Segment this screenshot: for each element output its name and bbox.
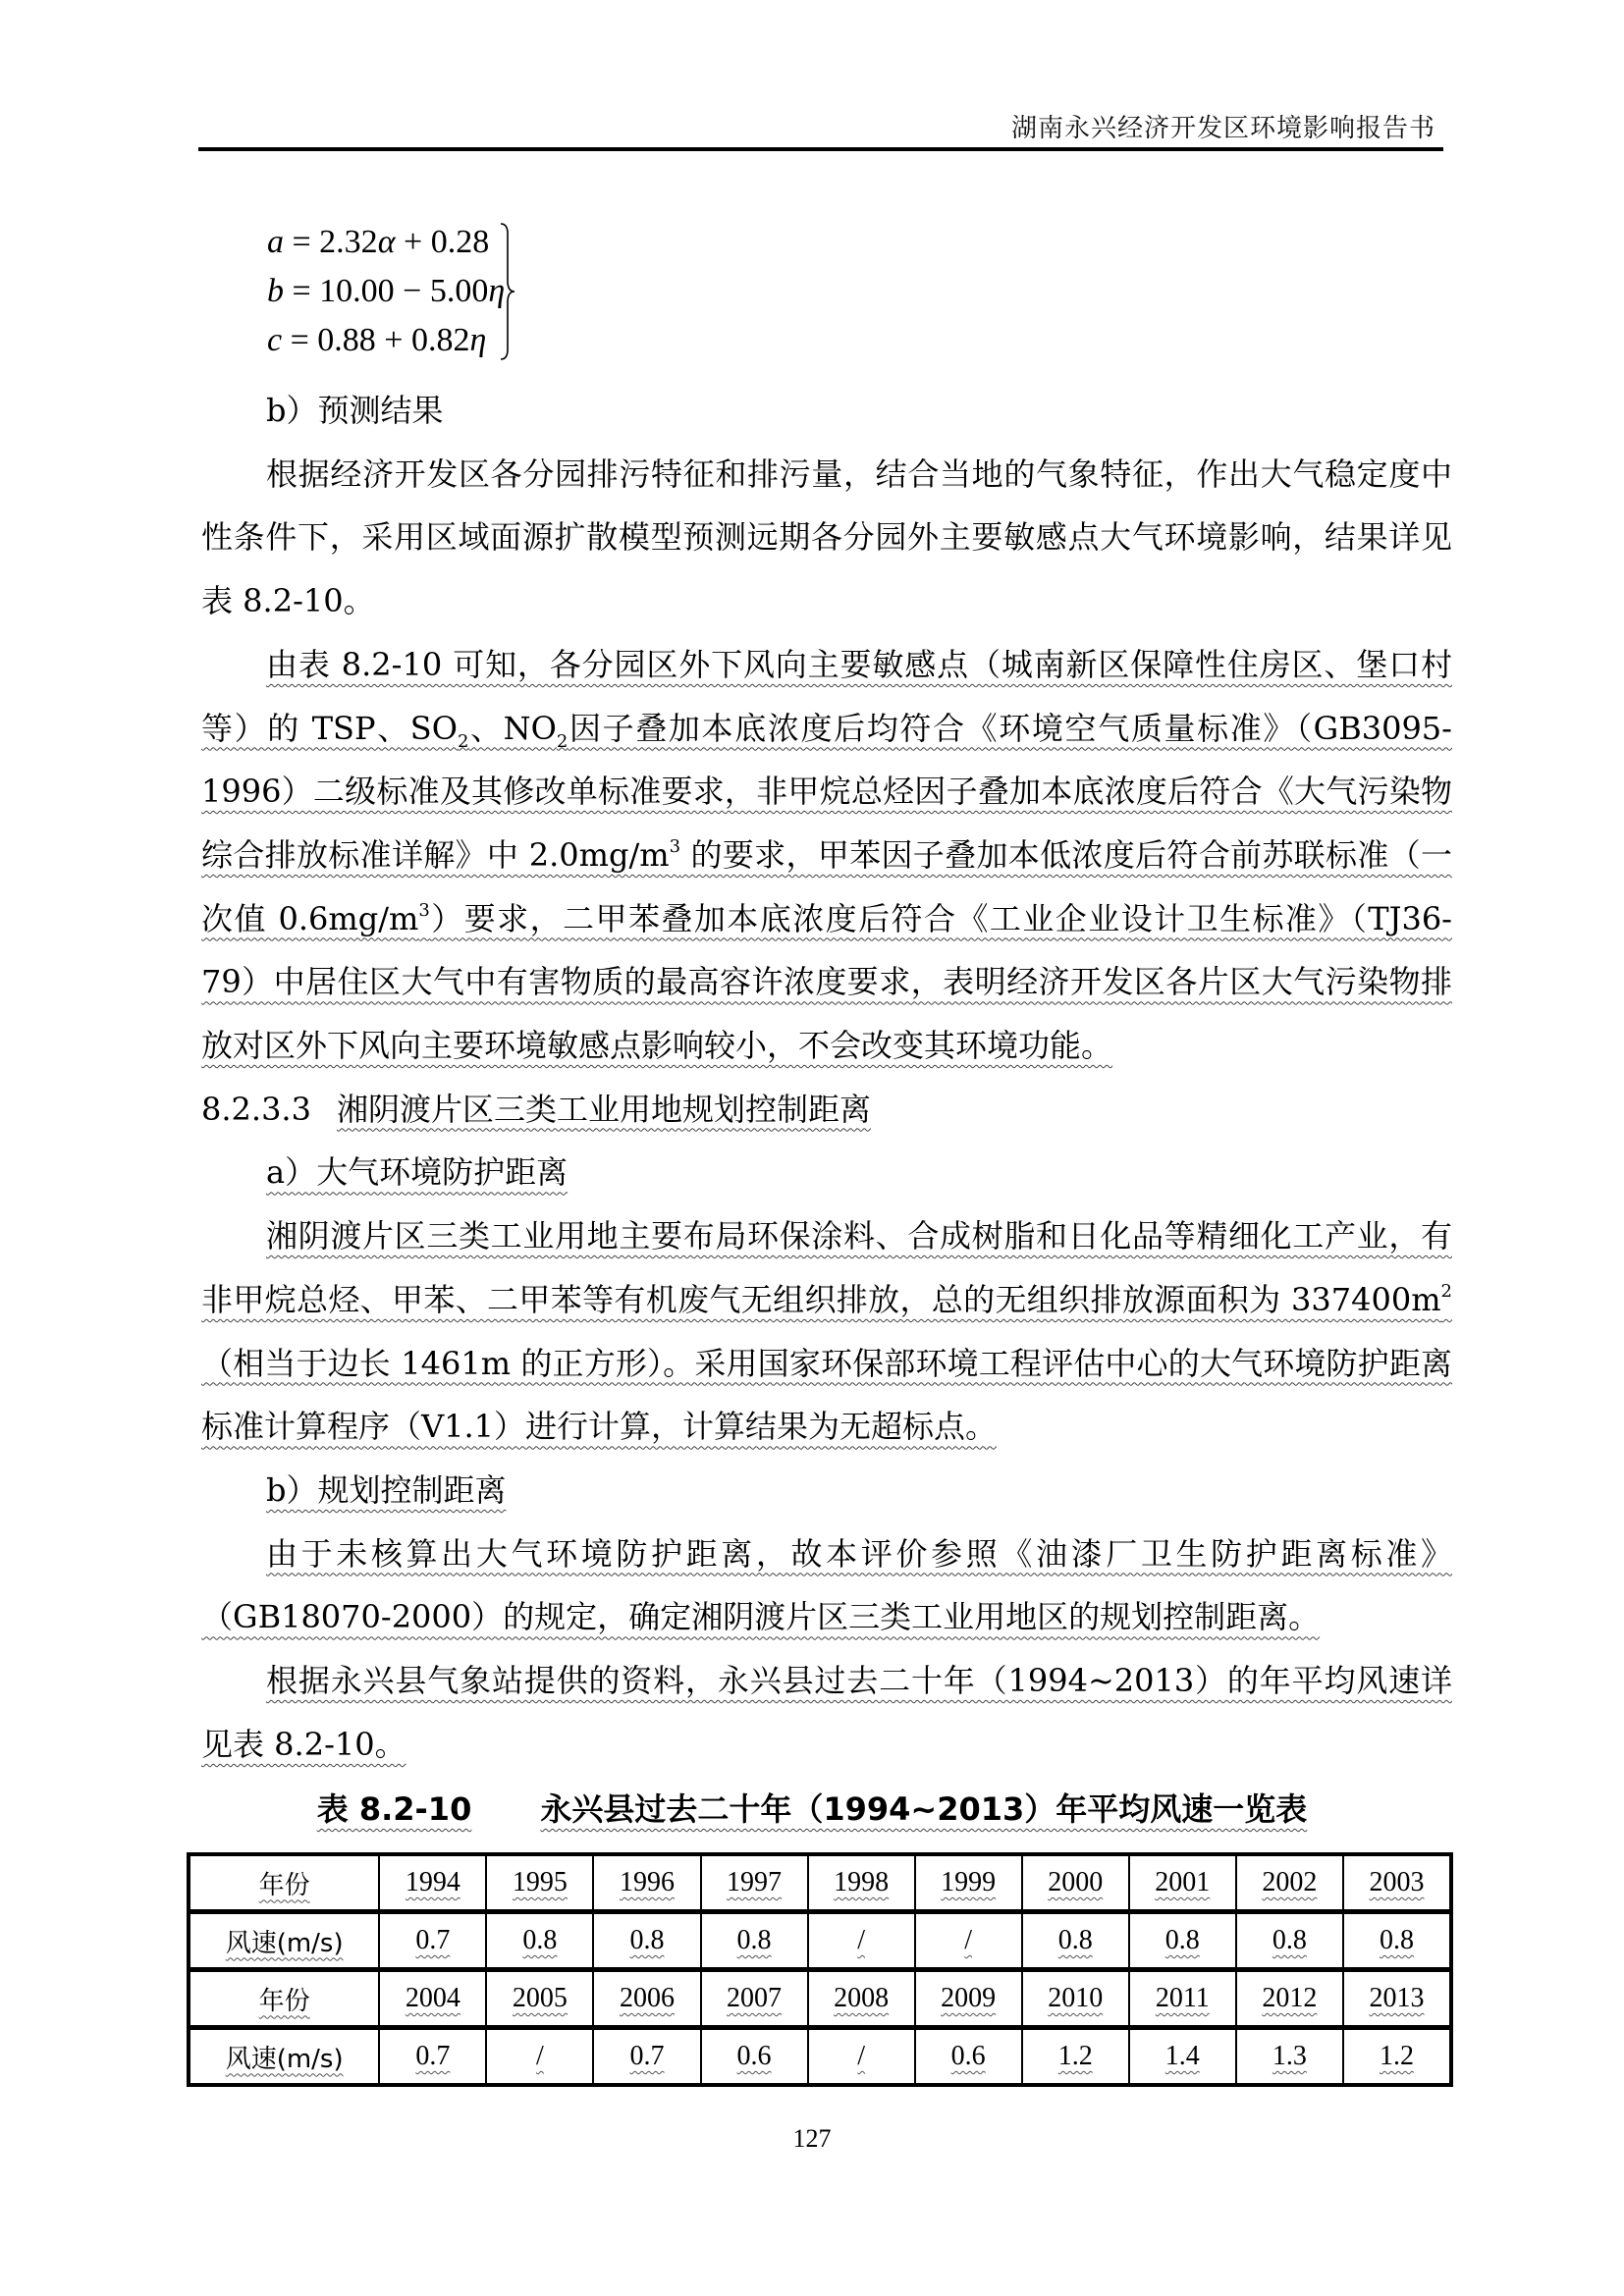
cell-text: 2011 (1156, 1983, 1210, 2013)
section-title: 湘阴渡片区三类工业用地规划控制距离 (337, 1091, 871, 1128)
cell-text: 2006 (620, 1983, 675, 2013)
cell-text: 2005 (513, 1983, 568, 2013)
cell-text: 2000 (1048, 1867, 1103, 1897)
subscript: 2 (557, 731, 568, 752)
table-cell: 2011 (1129, 1970, 1236, 2028)
page-header-title: 湖南永兴经济开发区环境影响报告书 (1011, 108, 1435, 144)
table-cell: 1996 (593, 1854, 700, 1912)
formula-rhs: + 0.28 (396, 224, 490, 260)
table-cell: 0.6 (701, 2028, 808, 2086)
cell-text: 0.8 (1380, 1925, 1414, 1955)
table-cell: 0.7 (593, 2028, 700, 2086)
table-cell: 2004 (379, 1970, 486, 2028)
table-cell: 2008 (808, 1970, 915, 2028)
table-caption: 表 8.2-10永兴县过去二十年（1994~2013）年平均风速一览表 (0, 1785, 1624, 1830)
table-cell: 0.8 (1343, 1912, 1451, 1970)
formula-rhs: = 2.32 (284, 224, 378, 260)
table-cell: 1997 (701, 1854, 808, 1912)
table-cell: 1.3 (1236, 2028, 1343, 2086)
table-row: 年份 1994 1995 1996 1997 1998 1999 2000 20… (189, 1854, 1451, 1912)
table-cell: 0.7 (379, 2028, 486, 2086)
table-row-label: 风速(m/s) (189, 1912, 379, 1970)
table-cell: 2009 (915, 1970, 1022, 2028)
cell-text: 2003 (1369, 1867, 1424, 1897)
table-cell: 0.7 (379, 1912, 486, 1970)
text-run: （相当于边长 1461m 的正方形）。采用国家环保部环境工程评估中心的大气环境防… (201, 1345, 1452, 1446)
table-cell: 2007 (701, 1970, 808, 2028)
paragraph-paint-standard: 由于未核算出大气环境防护距离，故本评价参照《油漆厂卫生防护距离标准》（GB180… (201, 1522, 1452, 1649)
formula-var: c (267, 322, 282, 358)
cell-text: 0.7 (415, 2041, 450, 2071)
table-cell: 1999 (915, 1854, 1022, 1912)
formula-line-a: a = 2.32α + 0.28 (267, 218, 505, 267)
table-cell: 0.8 (1022, 1912, 1129, 1970)
text-run: 湘阴渡片区三类工业用地主要布局环保涂料、合成树脂和日化品等精细化工产业，有非甲烷… (201, 1217, 1452, 1318)
cell-text: 1.3 (1272, 2041, 1307, 2071)
cell-text: / (964, 1925, 972, 1955)
subheading-text: a）大气环境防护距离 (266, 1153, 568, 1191)
cell-text: 0.6 (951, 2041, 986, 2071)
text-run: 、NO (468, 710, 557, 747)
formula-line-b: b = 10.00 − 5.00η (267, 267, 505, 316)
formula-block: a = 2.32α + 0.28 b = 10.00 − 5.00η c = 0… (267, 218, 505, 365)
table-cell: 1.2 (1343, 2028, 1451, 2086)
table-cell: 1.4 (1129, 2028, 1236, 2086)
formula-rhs: = 10.00 − 5.00 (284, 273, 488, 309)
table-cell: 2001 (1129, 1854, 1236, 1912)
subheading-protection-distance: a）大气环境防护距离 (201, 1141, 1452, 1204)
paragraph-xiangyindu: 湘阴渡片区三类工业用地主要布局环保涂料、合成树脂和日化品等精细化工产业，有非甲烷… (201, 1204, 1452, 1459)
cell-text: 年份 (259, 1871, 310, 1900)
table-cell: 2013 (1343, 1970, 1451, 2028)
subheading-prediction-results: b）预测结果 (201, 379, 1452, 443)
table-cell: 2000 (1022, 1854, 1129, 1912)
table-row: 风速(m/s) 0.7 0.8 0.8 0.8 / / 0.8 0.8 0.8 … (189, 1912, 1451, 1970)
right-brace-icon (499, 222, 516, 361)
section-heading-8-2-3-3: 8.2.3.3湘阴渡片区三类工业用地规划控制距离 (201, 1078, 1452, 1142)
cell-text: 1.2 (1380, 2041, 1414, 2071)
cell-text: 2008 (834, 1983, 889, 2013)
subscript: 2 (458, 731, 468, 752)
formula-greek: α (378, 224, 396, 260)
cell-text: 风速(m/s) (226, 1929, 344, 1958)
paragraph-wind-speed: 根据永兴县气象站提供的资料，永兴县过去二十年（1994~2013）的年平均风速详… (201, 1649, 1452, 1776)
cell-text: 2007 (727, 1983, 782, 2013)
table-cell: 1998 (808, 1854, 915, 1912)
cell-text: 1998 (834, 1867, 889, 1897)
cell-text: 0.6 (737, 2041, 772, 2071)
table-caption-title: 永兴县过去二十年（1994~2013）年平均风速一览表 (540, 1790, 1307, 1828)
formula-rhs: = 0.88 + 0.82 (282, 322, 469, 358)
cell-text: 2010 (1048, 1983, 1103, 2013)
cell-text: 风速(m/s) (226, 2045, 344, 2074)
cell-text: 2012 (1262, 1983, 1317, 2013)
table-row-label: 年份 (189, 1854, 379, 1912)
cell-text: 2001 (1155, 1867, 1210, 1897)
cell-text: 0.7 (629, 2041, 664, 2071)
body-text: b）预测结果 根据经济开发区各分园排污特征和排污量，结合当地的气象特征，作出大气… (201, 379, 1452, 1776)
table-row: 年份 2004 2005 2006 2007 2008 2009 2010 20… (189, 1970, 1451, 2028)
cell-text: 1995 (513, 1867, 568, 1897)
page-header-rule (198, 147, 1443, 151)
table-cell: 0.8 (486, 1912, 593, 1970)
table-cell: / (808, 1912, 915, 1970)
cell-text: 0.8 (1272, 1925, 1307, 1955)
table-cell: 0.8 (701, 1912, 808, 1970)
cell-text: / (857, 2041, 865, 2071)
cell-text: 0.8 (629, 1925, 664, 1955)
table-cell: 2012 (1236, 1970, 1343, 2028)
cell-text: 2002 (1262, 1867, 1317, 1897)
table-cell: 2003 (1343, 1854, 1451, 1912)
cell-text: 2013 (1369, 1983, 1424, 2013)
table-cell: 2002 (1236, 1854, 1343, 1912)
subheading-text: b）规划控制距离 (266, 1471, 507, 1509)
table-cell: 0.6 (915, 2028, 1022, 2086)
table-row: 风速(m/s) 0.7 / 0.7 0.6 / 0.6 1.2 1.4 1.3 … (189, 2028, 1451, 2086)
table-cell: 1994 (379, 1854, 486, 1912)
formula-line-c: c = 0.88 + 0.82η (267, 316, 505, 365)
page-number: 127 (0, 2124, 1624, 2154)
cell-text: 2009 (941, 1983, 996, 2013)
cell-text: 0.8 (1165, 1925, 1200, 1955)
cell-text: 1996 (620, 1867, 675, 1897)
section-number: 8.2.3.3 (201, 1091, 311, 1128)
paragraph-conclusion: 由表 8.2-10 可知，各分园区外下风向主要敏感点（城南新区保障性住房区、堡口… (201, 633, 1452, 1078)
formula-greek: η (469, 322, 486, 358)
cell-text: 0.8 (737, 1925, 772, 1955)
superscript: 3 (670, 836, 680, 857)
table-cell: 2006 (593, 1970, 700, 2028)
cell-text: 1.2 (1058, 2041, 1093, 2071)
table-cell: 1995 (486, 1854, 593, 1912)
cell-text: 年份 (259, 1987, 310, 2016)
cell-text: 1.4 (1165, 2041, 1200, 2071)
table-caption-number: 表 8.2-10 (317, 1790, 472, 1828)
cell-text: 2004 (406, 1983, 460, 2013)
superscript: 3 (418, 900, 429, 921)
table-cell: 2010 (1022, 1970, 1129, 2028)
table-cell: / (915, 1912, 1022, 1970)
table-cell: 1.2 (1022, 2028, 1129, 2086)
cell-text: 0.8 (1058, 1925, 1093, 1955)
cell-text: 0.8 (522, 1925, 557, 1955)
cell-text: / (536, 2041, 544, 2071)
formula-var: b (267, 273, 284, 309)
text-run: 根据永兴县气象站提供的资料，永兴县过去二十年（1994~2013）的年平均风速详… (201, 1662, 1452, 1763)
cell-text: / (857, 1925, 865, 1955)
table-row-label: 风速(m/s) (189, 2028, 379, 2086)
wind-speed-table: 年份 1994 1995 1996 1997 1998 1999 2000 20… (187, 1852, 1453, 2087)
table-cell: 0.8 (1236, 1912, 1343, 1970)
table-cell: 2005 (486, 1970, 593, 2028)
subheading-planning-distance: b）规划控制距离 (201, 1459, 1452, 1522)
table-cell: / (808, 2028, 915, 2086)
formula-var: a (267, 224, 284, 260)
cell-text: 1999 (941, 1867, 996, 1897)
superscript: 2 (1441, 1281, 1452, 1302)
cell-text: 0.7 (415, 1925, 450, 1955)
cell-text: 1997 (727, 1867, 782, 1897)
table-row-label: 年份 (189, 1970, 379, 2028)
text-run: 由于未核算出大气环境防护距离，故本评价参照《油漆厂卫生防护距离标准》（GB180… (201, 1535, 1452, 1636)
paragraph-prediction: 根据经济开发区各分园排污特征和排污量，结合当地的气象特征，作出大气稳定度中性条件… (201, 443, 1452, 633)
cell-text: 1994 (406, 1867, 460, 1897)
table-cell: 0.8 (1129, 1912, 1236, 1970)
table-cell: / (486, 2028, 593, 2086)
table-cell: 0.8 (593, 1912, 700, 1970)
